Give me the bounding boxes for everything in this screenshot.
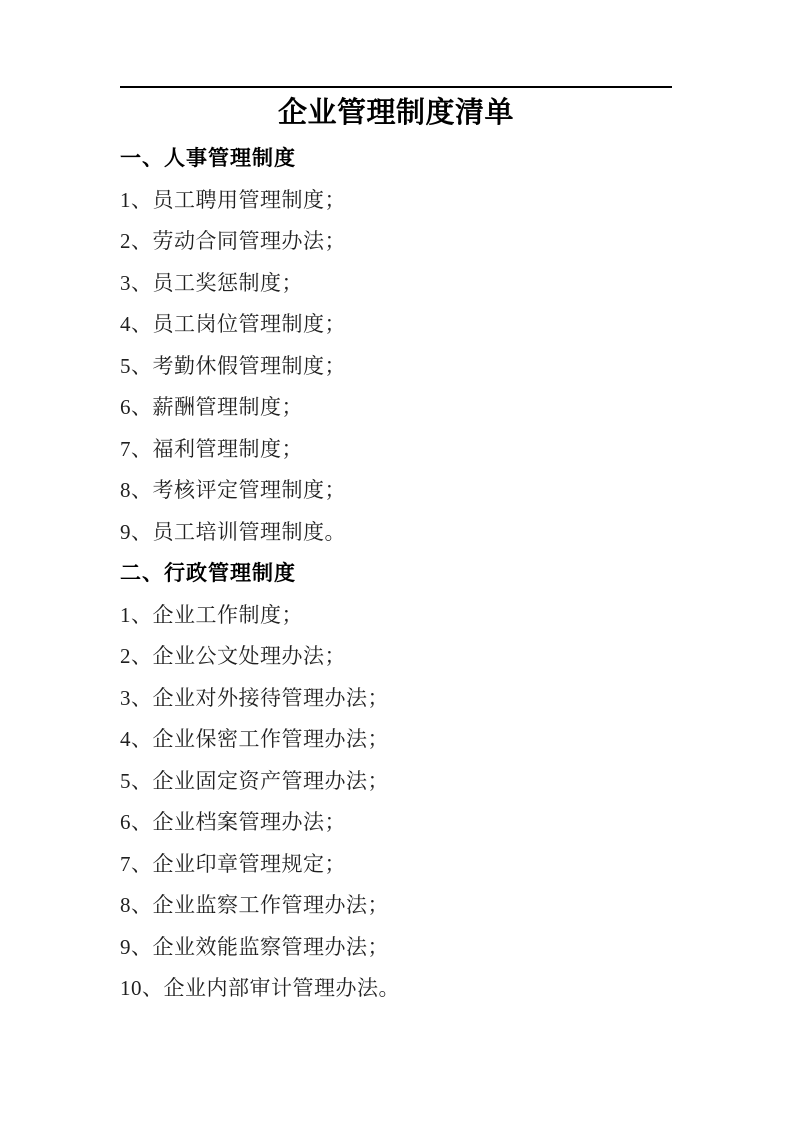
list-item: 8、考核评定管理制度； — [120, 479, 672, 502]
list-item: 9、企业效能监察管理办法； — [120, 936, 672, 959]
section-heading-personnel: 一、人事管理制度 — [120, 147, 672, 170]
list-item: 3、企业对外接待管理办法； — [120, 687, 672, 710]
list-item: 7、福利管理制度； — [120, 438, 672, 461]
list-item: 2、劳动合同管理办法； — [120, 230, 672, 253]
list-item: 5、考勤休假管理制度； — [120, 355, 672, 378]
list-item: 6、薪酬管理制度； — [120, 396, 672, 419]
title-top-rule — [120, 86, 672, 88]
list-item: 10、企业内部审计管理办法。 — [120, 977, 672, 1000]
document-content: 企业管理制度清单 一、人事管理制度 1、员工聘用管理制度； 2、劳动合同管理办法… — [120, 86, 672, 1000]
list-item: 3、员工奖惩制度； — [120, 272, 672, 295]
list-item: 2、企业公文处理办法； — [120, 645, 672, 668]
document-page: 企业管理制度清单 一、人事管理制度 1、员工聘用管理制度； 2、劳动合同管理办法… — [0, 0, 793, 1122]
list-item: 5、企业固定资产管理办法； — [120, 770, 672, 793]
document-title: 企业管理制度清单 — [120, 95, 672, 131]
list-item: 1、企业工作制度； — [120, 604, 672, 627]
list-item: 4、员工岗位管理制度； — [120, 313, 672, 336]
section-heading-administration: 二、行政管理制度 — [120, 562, 672, 585]
list-item: 8、企业监察工作管理办法； — [120, 894, 672, 917]
list-item: 7、企业印章管理规定； — [120, 853, 672, 876]
list-item: 9、员工培训管理制度。 — [120, 521, 672, 544]
list-item: 1、员工聘用管理制度； — [120, 189, 672, 212]
list-item: 6、企业档案管理办法； — [120, 811, 672, 834]
list-item: 4、企业保密工作管理办法； — [120, 728, 672, 751]
